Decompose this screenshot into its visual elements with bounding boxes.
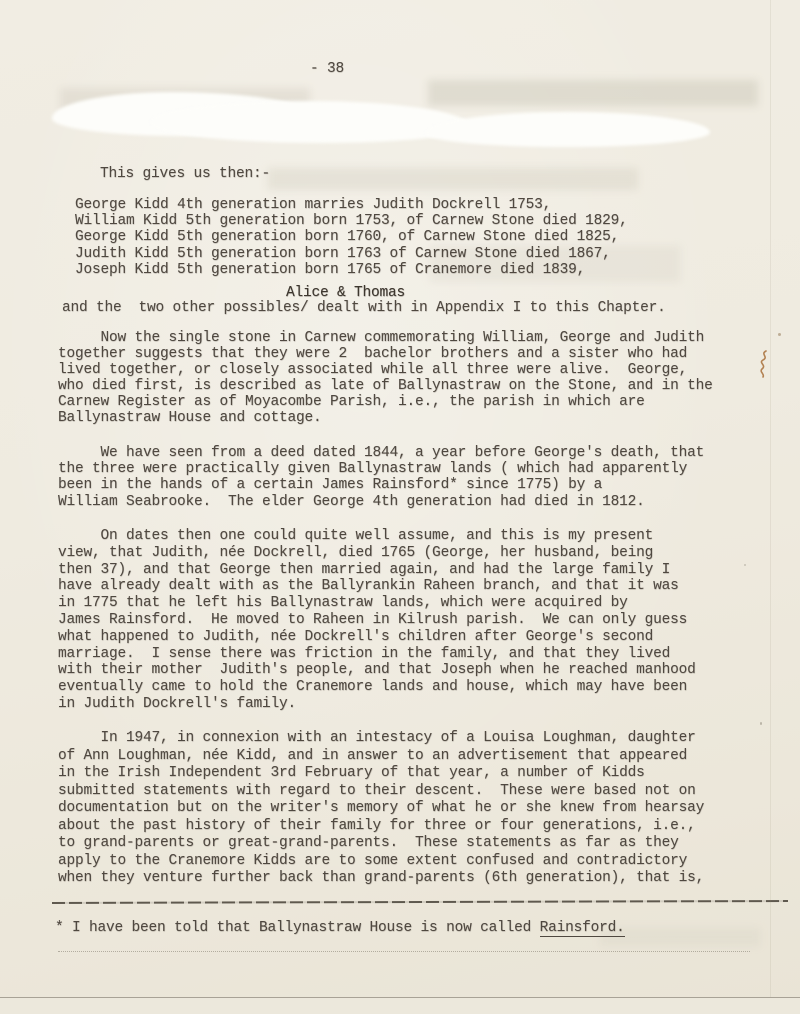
text-line: in 1775 that he left his Ballynastraw la… bbox=[58, 595, 696, 612]
paper-speck bbox=[744, 564, 746, 566]
text-line: been in the hands of a certain James Rai… bbox=[58, 477, 704, 493]
scanned-document-page: - 38 This gives us then:- George Kidd 4t… bbox=[0, 0, 800, 1014]
genealogy-line: William Kidd 5th generation born 1753, o… bbox=[75, 213, 628, 229]
text-line: together suggests that they were 2 bache… bbox=[58, 346, 713, 362]
text-line: to grand-parents or great-grand-parents.… bbox=[58, 835, 704, 853]
text-line: apply to the Cranemore Kidds are to some… bbox=[58, 853, 704, 871]
genealogy-line: Joseph Kidd 5th generation born 1765 of … bbox=[75, 262, 628, 278]
text-line: Carnew Register as of Moyacombe Parish, … bbox=[58, 394, 713, 410]
text-line: lived together, or closely associated wh… bbox=[58, 362, 713, 378]
genealogy-continuation-line: and the two other possibles/ dealt with … bbox=[62, 300, 666, 316]
footnote: * I have been told that Ballynastraw Hou… bbox=[55, 920, 625, 936]
text-line: in the Irish Independent 3rd February of… bbox=[58, 765, 704, 783]
text-line: submitted statements with regard to thei… bbox=[58, 783, 704, 801]
text-line: of Ann Loughman, née Kidd, and in answer… bbox=[58, 748, 704, 766]
paragraph: On dates then one could quite well assum… bbox=[58, 528, 696, 713]
genealogy-line: George Kidd 5th generation born 1760, of… bbox=[75, 229, 628, 245]
text-line: Now the single stone in Carnew commemora… bbox=[58, 330, 713, 346]
page-number: - 38 bbox=[310, 61, 344, 77]
paper-speck bbox=[778, 333, 781, 336]
text-line: James Rainsford. He moved to Raheen in K… bbox=[58, 612, 696, 629]
scan-edge-margin bbox=[0, 998, 800, 1014]
interlinear-insertion: Alice & Thomas bbox=[286, 285, 405, 301]
paragraph: Now the single stone in Carnew commemora… bbox=[58, 330, 713, 426]
paper-speck bbox=[760, 722, 762, 725]
scan-artifact-dotted-line bbox=[58, 951, 750, 952]
genealogy-line: Judith Kidd 5th generation born 1763 of … bbox=[75, 246, 628, 262]
paragraph: In 1947, in connexion with an intestacy … bbox=[58, 730, 704, 888]
intro-line: This gives us then:- bbox=[100, 166, 270, 182]
text-line: when they venture further back than gran… bbox=[58, 870, 704, 888]
ghost-smudge bbox=[268, 168, 638, 190]
text-line: eventually came to hold the Cranemore la… bbox=[58, 679, 696, 696]
genealogy-list: George Kidd 4th generation marries Judit… bbox=[75, 197, 628, 278]
text-line: In 1947, in connexion with an intestacy … bbox=[58, 730, 704, 748]
text-line: in Judith Dockrell's family. bbox=[58, 696, 696, 713]
scan-fold-line bbox=[770, 0, 771, 1014]
text-line: about the past history of their family f… bbox=[58, 818, 704, 836]
text-line: Ballynastraw House and cottage. bbox=[58, 410, 713, 426]
text-line: the three were practically given Ballyna… bbox=[58, 461, 704, 477]
text-line: with their mother Judith's people, and t… bbox=[58, 662, 696, 679]
text-line: what happened to Judith, née Dockrell's … bbox=[58, 629, 696, 646]
text-line: who died first, is described as late of … bbox=[58, 378, 713, 394]
text-line: On dates then one could quite well assum… bbox=[58, 528, 696, 545]
genealogy-line: George Kidd 4th generation marries Judit… bbox=[75, 197, 628, 213]
paragraph: We have seen from a deed dated 1844, a y… bbox=[58, 445, 704, 510]
footnote-separator-line bbox=[52, 900, 788, 904]
footnote-underlined-word: Rainsford. bbox=[540, 920, 625, 937]
whiteout-blob bbox=[425, 112, 710, 147]
text-line: William Seabrooke. The elder George 4th … bbox=[58, 494, 704, 510]
margin-mark bbox=[756, 348, 776, 385]
footnote-text: * I have been told that Ballynastraw Hou… bbox=[55, 920, 540, 936]
whiteout-blob bbox=[150, 101, 470, 143]
text-line: have already dealt with as the Ballyrank… bbox=[58, 578, 696, 595]
ghost-smudge bbox=[428, 80, 758, 106]
text-line: view, that Judith, née Dockrell, died 17… bbox=[58, 545, 696, 562]
text-line: documentation but on the writer's memory… bbox=[58, 800, 704, 818]
text-line: marriage. I sense there was friction in … bbox=[58, 646, 696, 663]
text-line: We have seen from a deed dated 1844, a y… bbox=[58, 445, 704, 461]
text-line: then 37), and that George then married a… bbox=[58, 562, 696, 579]
